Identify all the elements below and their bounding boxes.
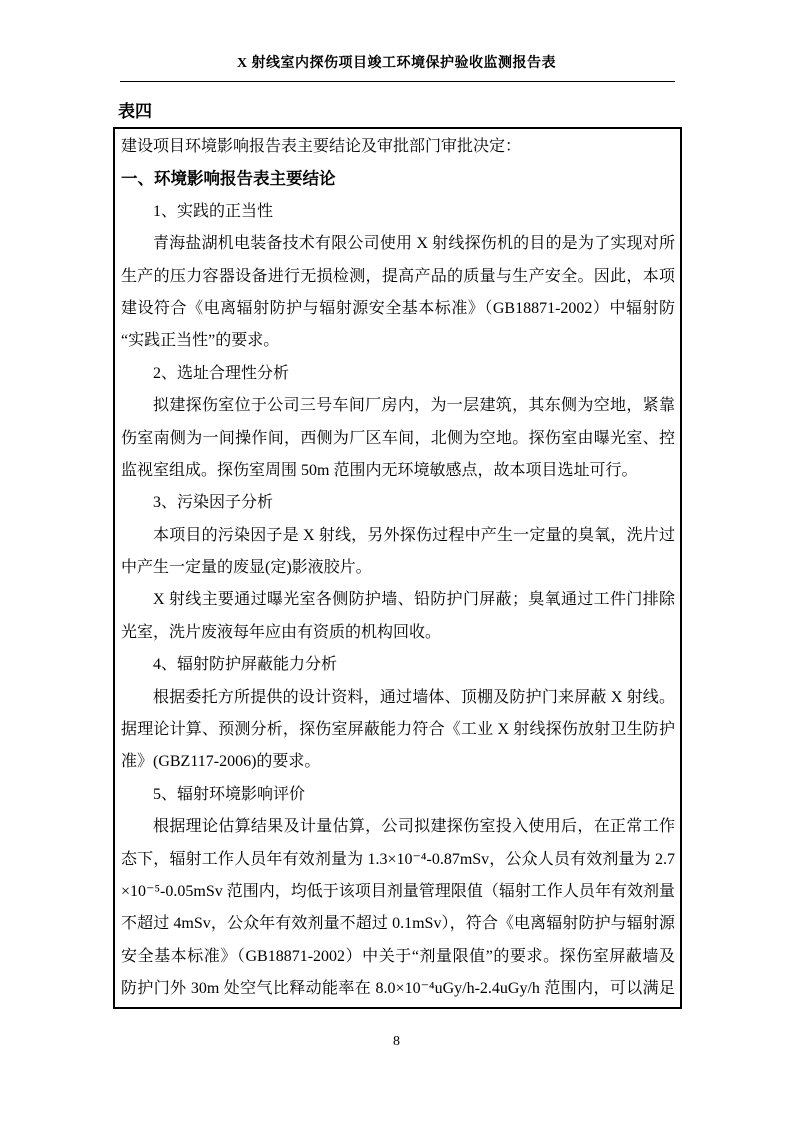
document-header-title: X 射线室内探伤项目竣工环境保护验收监测报告表 (0, 52, 793, 72)
text-line: 据理论计算、预测分析，探伤室屏蔽能力符合《工业 X 射线探伤放射卫生防护标 (121, 714, 675, 746)
text-line: 4、辐射防护屏蔽能力分析 (121, 649, 675, 681)
text-line: 本项目的污染因子是 X 射线，另外探伤过程中产生一定量的臭氧，洗片过程 (121, 520, 675, 552)
text-line: 伤室南侧为一间操作间，西侧为厂区车间，北侧为空地。探伤室由曝光室、控制 (121, 423, 675, 455)
text-line: 建设符合《电离辐射防护与辐射源安全基本标准》（GB18871-2002）中辐射防… (121, 293, 675, 325)
text-line: ×10⁻⁵-0.05mSv 范围内，均低于该项目剂量管理限值（辐射工作人员年有效… (121, 876, 675, 908)
text-line: 监视室组成。探伤室周围 50m 范围内无环境敏感点，故本项目选址可行。 (121, 455, 675, 487)
text-line: 根据理论估算结果及计量估算，公司拟建探伤室投入使用后，在正常工作状 (121, 811, 675, 843)
text-line: 根据委托方所提供的设计资料，通过墙体、顶棚及防护门来屏蔽 X 射线。根 (121, 682, 675, 714)
text-line: X 射线主要通过曝光室各侧防护墙、铅防护门屏蔽；臭氧通过工件门排除曝 (121, 584, 675, 616)
page-number: 8 (0, 1034, 793, 1050)
document-page: X 射线室内探伤项目竣工环境保护验收监测报告表 表四 建设项目环境影响报告表主要… (0, 0, 793, 1122)
text-line: 光室，洗片废液每年应由有资质的机构回收。 (121, 617, 675, 649)
text-line: 态下，辐射工作人员年有效剂量为 1.3×10⁻⁴-0.87mSv，公众人员有效剂… (121, 844, 675, 876)
table-label: 表四 (118, 97, 152, 122)
text-line: 青海盐湖机电装备技术有限公司使用 X 射线探伤机的目的是为了实现对所 (121, 228, 675, 260)
text-line: 拟建探伤室位于公司三号车间厂房内，为一层建筑，其东侧为空地，紧靠探 (121, 390, 675, 422)
text-line: 5、辐射环境影响评价 (121, 779, 675, 811)
text-line: 生产的压力容器设备进行无损检测，提高产品的质量与生产安全。因此，本项目 (121, 261, 675, 293)
text-line: 安全基本标准》（GB18871-2002）中关于“剂量限值”的要求。探伤室屏蔽墙… (121, 941, 675, 973)
text-line: 2、选址合理性分析 (121, 358, 675, 390)
table-content: 建设项目环境影响报告表主要结论及审批部门审批决定：一、环境影响报告表主要结论1、… (121, 131, 675, 1006)
text-line: 1、实践的正当性 (121, 196, 675, 228)
text-line: 中产生一定量的废显(定)影液胶片。 (121, 552, 675, 584)
text-line: 不超过 4mSv，公众年有效剂量不超过 0.1mSv），符合《电离辐射防护与辐射… (121, 908, 675, 940)
text-line: 3、污染因子分析 (121, 487, 675, 519)
text-line: “实践正当性”的要求。 (121, 325, 675, 357)
text-line: 防护门外 30m 处空气比释动能率在 8.0×10⁻⁴uGy/h-2.4uGy/… (121, 973, 675, 1005)
text-line: 准》(GBZ117-2006)的要求。 (121, 746, 675, 778)
header-rule (120, 81, 675, 82)
conclusion-table: 建设项目环境影响报告表主要结论及审批部门审批决定：一、环境影响报告表主要结论1、… (113, 127, 682, 1009)
text-line: 一、环境影响报告表主要结论 (121, 163, 675, 195)
text-line: 建设项目环境影响报告表主要结论及审批部门审批决定： (121, 131, 675, 163)
